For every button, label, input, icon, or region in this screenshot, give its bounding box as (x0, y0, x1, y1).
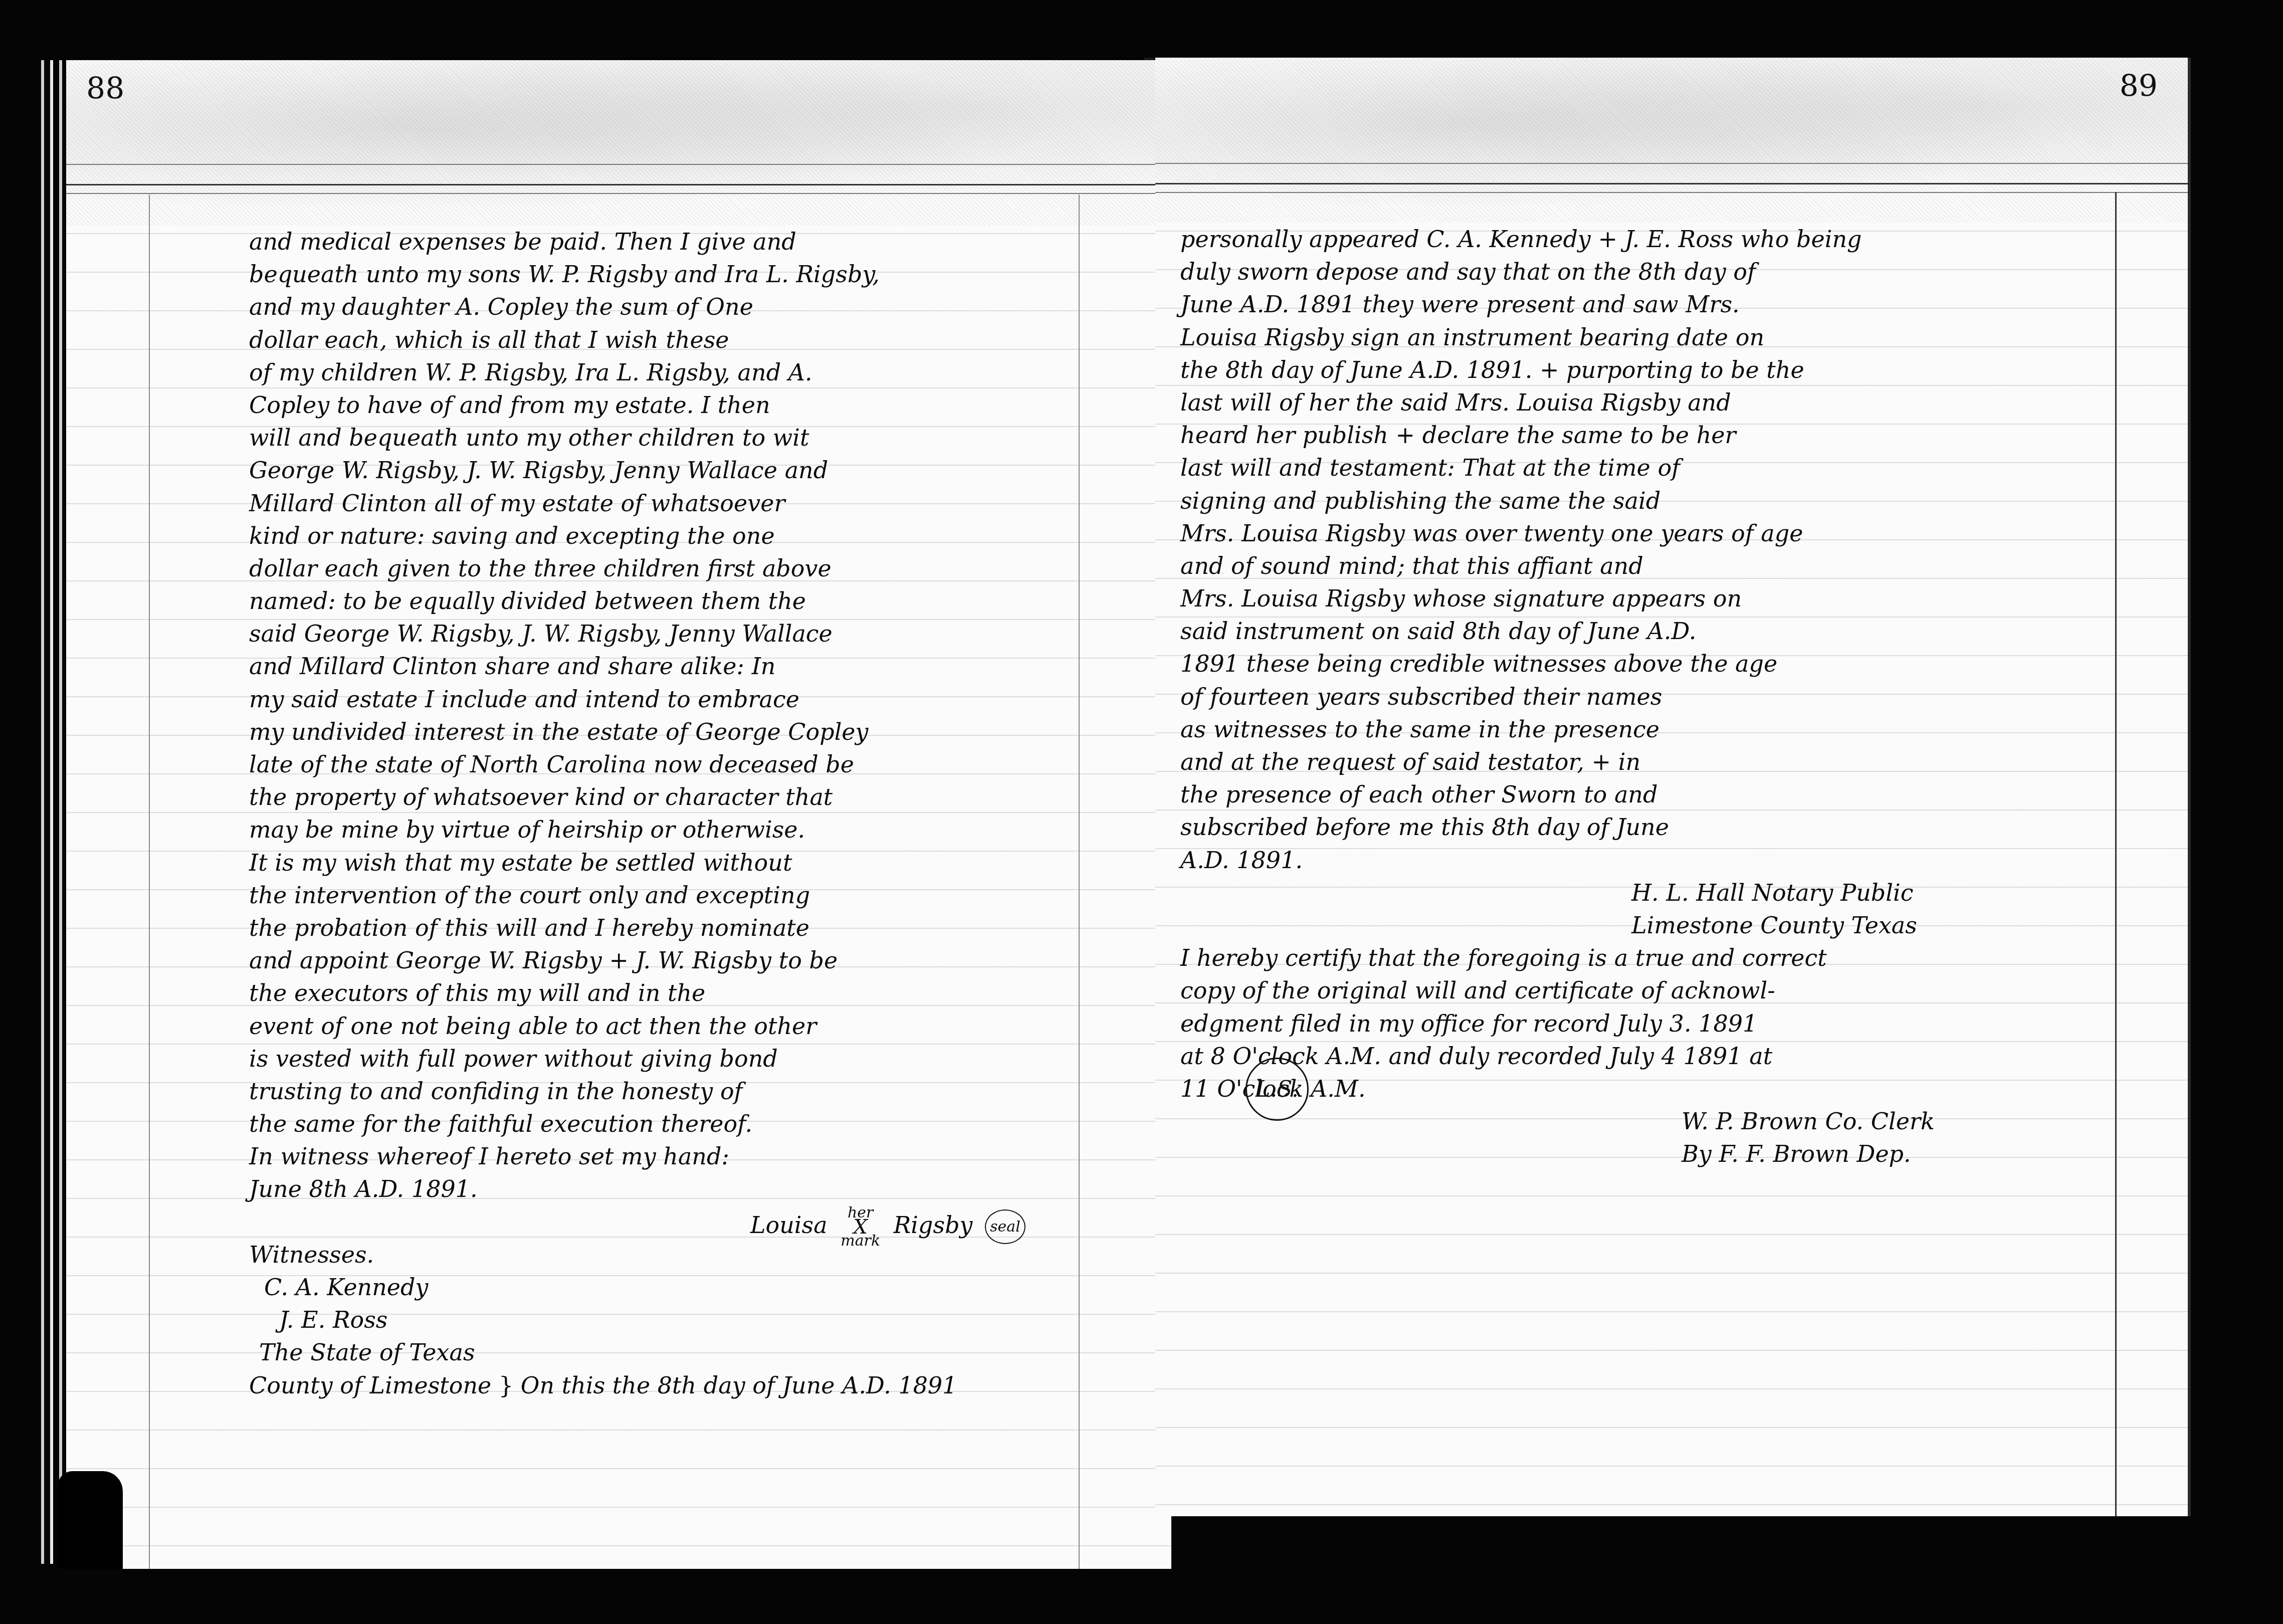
affidavit-text: personally appeared C. A. Kennedy + J. E… (1180, 223, 2123, 1170)
text-line: the executors of this my will and in the (249, 977, 1166, 1009)
text-line: dollar each given to the three children … (249, 552, 1166, 585)
text-line: subscribed before me this 8th day of Jun… (1180, 811, 2123, 844)
text-line: the presence of each other Sworn to and (1180, 778, 2123, 811)
text-line: and Millard Clinton share and share alik… (249, 650, 1166, 683)
signature-first-name: Louisa (750, 1211, 827, 1239)
page-number-right: 89 (2120, 69, 2158, 104)
text-line: In witness whereof I hereto set my hand: (249, 1140, 1166, 1173)
text-line: dollar each, which is all that I wish th… (249, 324, 1166, 356)
notary-seal-icon: L.S. (1246, 1058, 1309, 1121)
clerk-name: W. P. Brown Co. Clerk (1180, 1105, 2123, 1138)
certificate-line: edgment filed in my office for record Ju… (1180, 1007, 2123, 1040)
certificate-line: I hereby certify that the foregoing is a… (1180, 942, 2123, 974)
notary-county: Limestone County Texas (1180, 909, 2123, 942)
left-page: 88 and medical expenses be paid. Then I … (66, 60, 1171, 1569)
text-line: as witnesses to the same in the presence (1180, 713, 2123, 746)
text-line: may be mine by virtue of heirship or oth… (249, 814, 1166, 846)
witnesses-label: Witnesses. (249, 1239, 1166, 1271)
text-line: is vested with full power without giving… (249, 1043, 1166, 1075)
text-line: of fourteen years subscribed their names (1180, 681, 2123, 713)
text-line: and of sound mind; that this affiant and (1180, 550, 2123, 582)
text-line: my said estate I include and intend to e… (249, 683, 1166, 716)
text-line: Louisa Rigsby sign an instrument bearing… (1180, 321, 2123, 354)
book-binding (35, 60, 65, 1564)
text-line: the 8th day of June A.D. 1891. + purport… (1180, 354, 2123, 386)
scan-background (0, 1569, 2283, 1624)
text-line: personally appeared C. A. Kennedy + J. E… (1180, 223, 2123, 256)
jurisdiction-state: The State of Texas (249, 1336, 1166, 1369)
text-line: said instrument on said 8th day of June … (1180, 615, 2123, 648)
text-line: the same for the faithful execution ther… (249, 1108, 1166, 1140)
header-rule (66, 193, 1171, 194)
text-line: last will and testament: That at the tim… (1180, 452, 2123, 484)
text-line: George W. Rigsby, J. W. Rigsby, Jenny Wa… (249, 454, 1166, 487)
page-number-left: 88 (86, 71, 124, 106)
notary-name: H. L. Hall Notary Public (1180, 877, 2123, 909)
text-line: said George W. Rigsby, J. W. Rigsby, Jen… (249, 618, 1166, 650)
text-line: and appoint George W. Rigsby + J. W. Rig… (249, 944, 1166, 977)
text-line: trusting to and confiding in the honesty… (249, 1075, 1166, 1108)
text-line: will and bequeath unto my other children… (249, 422, 1166, 454)
mark-mark-label: mark (841, 1234, 880, 1248)
will-text: and medical expenses be paid. Then I giv… (249, 226, 1166, 1402)
text-line: Copley to have of and from my estate. I … (249, 389, 1166, 422)
clerk-deputy: By F. F. Brown Dep. (1180, 1138, 2123, 1170)
certificate-line: copy of the original will and certificat… (1180, 974, 2123, 1007)
text-line: named: to be equally divided between the… (249, 585, 1166, 618)
text-line: bequeath unto my sons W. P. Rigsby and I… (249, 258, 1166, 291)
testator-signature: Louisa her X mark Rigsby seal (249, 1206, 1166, 1239)
text-line: heard her publish + declare the same to … (1180, 419, 2123, 452)
text-line: Millard Clinton all of my estate of what… (249, 487, 1166, 520)
text-line: and my daughter A. Copley the sum of One (249, 291, 1166, 323)
witness-name: J. E. Ross (249, 1304, 1166, 1336)
header-rule (1155, 183, 2188, 184)
witness-name: C. A. Kennedy (249, 1271, 1166, 1304)
text-line: duly sworn depose and say that on the 8t… (1180, 256, 2123, 288)
text-line: signing and publishing the same the said (1180, 485, 2123, 517)
text-line: the property of whatsoever kind or chara… (249, 781, 1166, 814)
header-rule (1155, 163, 2188, 164)
right-page: 89 personally appeared C. A. Kennedy + J… (1155, 58, 2191, 1516)
text-line: 1891 these being credible witnesses abov… (1180, 648, 2123, 680)
text-line: the probation of this will and I hereby … (249, 912, 1166, 944)
book-spread: 88 and medical expenses be paid. Then I … (0, 0, 2283, 1624)
signature-last-name: Rigsby (894, 1211, 973, 1239)
header-rule (66, 184, 1171, 185)
text-line: late of the state of North Carolina now … (249, 748, 1166, 781)
text-line: June 8th A.D. 1891. (249, 1173, 1166, 1205)
text-line: the intervention of the court only and e… (249, 879, 1166, 912)
margin-line (149, 194, 150, 1569)
certificate-line: 11 O'clock A.M. (1180, 1073, 2123, 1105)
text-line: June A.D. 1891 they were present and saw… (1180, 288, 2123, 321)
seal-mark: seal (985, 1209, 1025, 1244)
text-line: and medical expenses be paid. Then I giv… (249, 226, 1166, 258)
text-line: of my children W. P. Rigsby, Ira L. Rigs… (249, 356, 1166, 389)
text-line: event of one not being able to act then … (249, 1010, 1166, 1043)
text-line: and at the request of said testator, + i… (1180, 746, 2123, 778)
text-line: It is my wish that my estate be settled … (249, 847, 1166, 879)
text-line: Mrs. Louisa Rigsby was over twenty one y… (1180, 517, 2123, 550)
jurisdiction-county-line: County of Limestone } On this the 8th da… (249, 1369, 1166, 1402)
header-rule (66, 164, 1171, 165)
text-line: A.D. 1891. (1180, 844, 2123, 877)
text-line: my undivided interest in the estate of G… (249, 716, 1166, 748)
signature-mark: her X mark (841, 1206, 880, 1248)
text-line: kind or nature: saving and excepting the… (249, 520, 1166, 552)
jurisdiction-continuation: On this the 8th day of June A.D. 1891 (521, 1372, 957, 1399)
jurisdiction-county: County of Limestone (249, 1372, 491, 1399)
text-line: last will of her the said Mrs. Louisa Ri… (1180, 386, 2123, 419)
text-line: Mrs. Louisa Rigsby whose signature appea… (1180, 582, 2123, 615)
certificate-line: at 8 O'clock A.M. and duly recorded July… (1180, 1040, 2123, 1073)
